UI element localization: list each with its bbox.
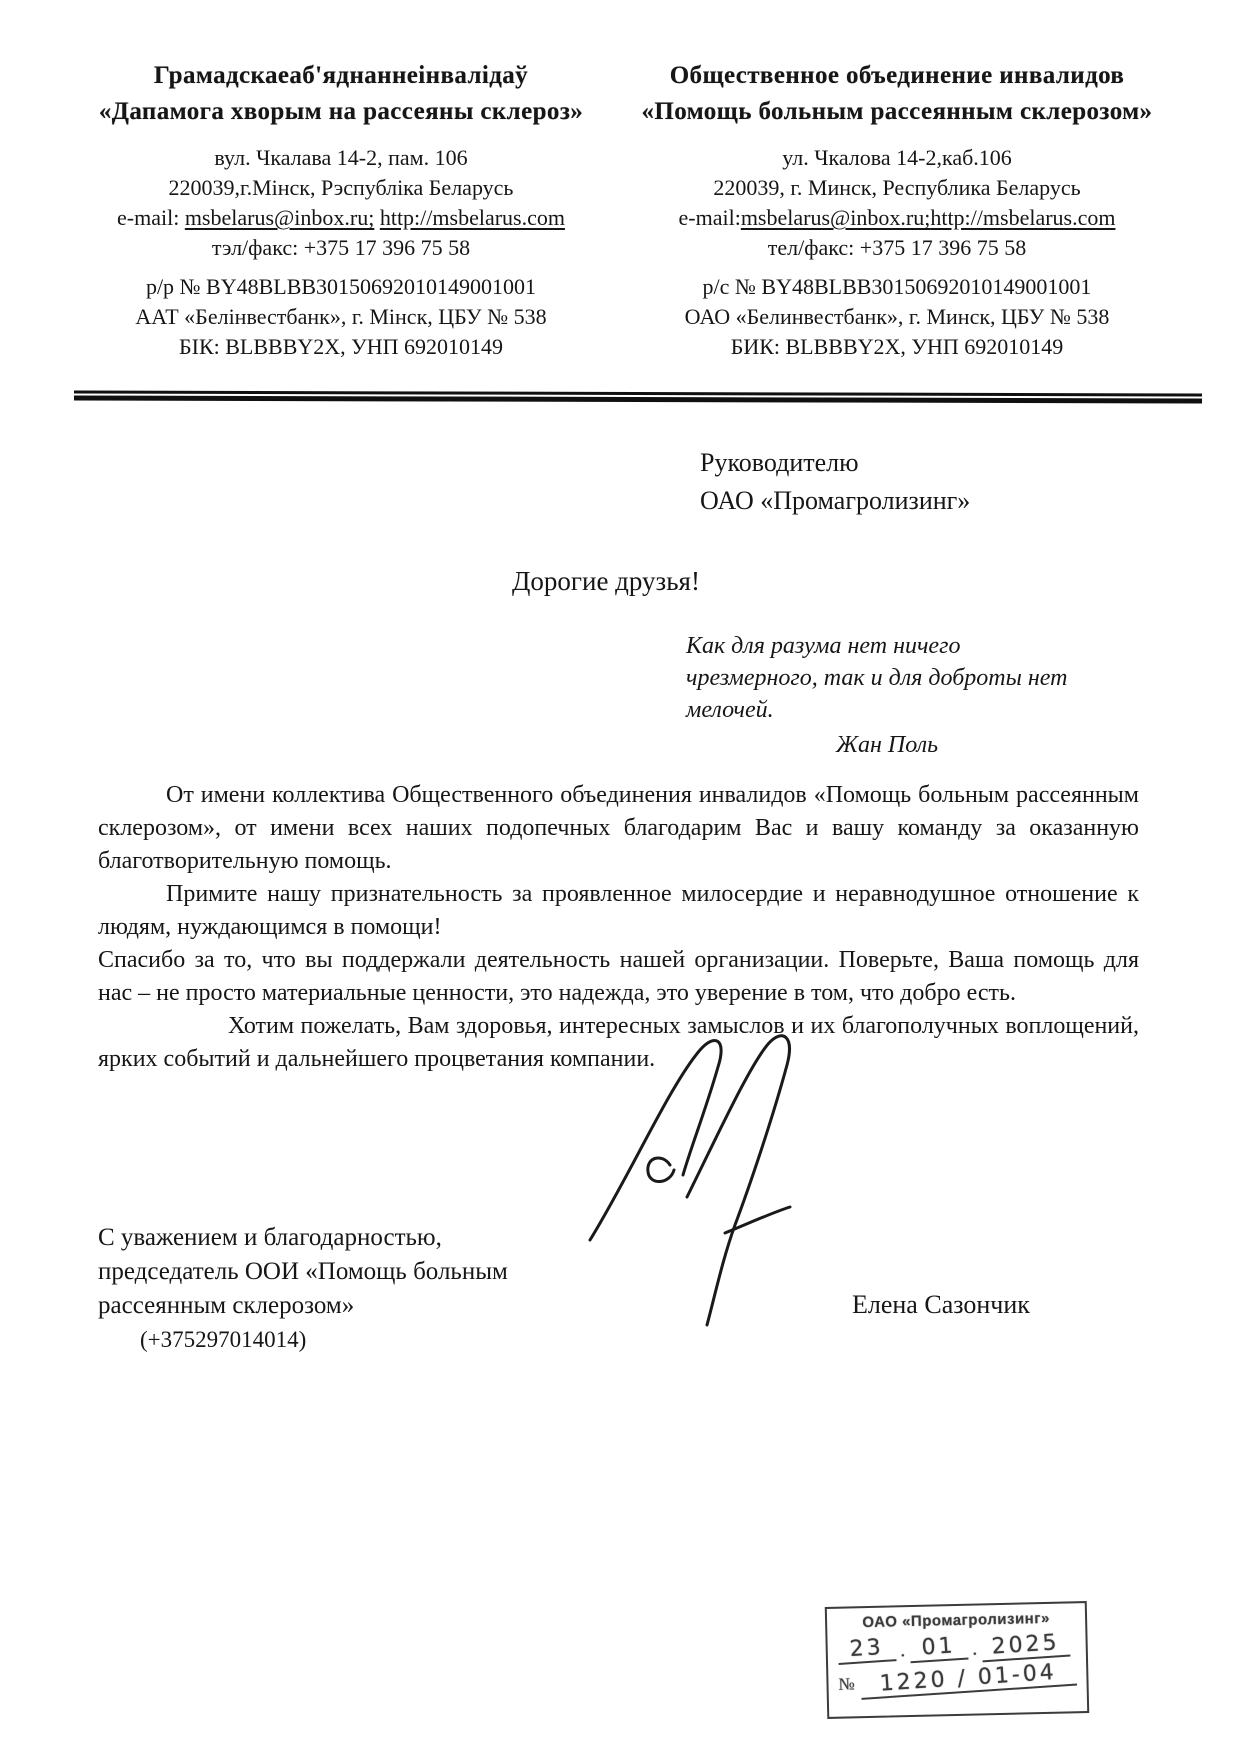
stamp-date-row: 23 . 01 . 2025 [837, 1632, 1076, 1663]
closing-line1: С уважением и благодарностью, [98, 1221, 508, 1255]
stamp-date-dot1: . [896, 1639, 911, 1662]
signature-flourish-icon [575, 1025, 865, 1345]
email-line-ru: e-mail:msbelarus@inbox.ru;http://msbelar… [618, 203, 1176, 233]
phone-ru: тел/факс: +375 17 396 75 58 [618, 233, 1176, 263]
website-url-ru: http://msbelarus.com [930, 205, 1115, 230]
address-by-line1: вул. Чкалава 14-2, пам. 106 [62, 143, 620, 173]
body-paragraph-1: От имени коллектива Общественного объеди… [98, 779, 1139, 878]
stamp-date-month: 01 [909, 1634, 969, 1664]
bank-name-ru: ОАО «Белинвестбанк», г. Минск, ЦБУ № 538 [618, 302, 1176, 332]
address-ru-line1: ул. Чкалова 14-2,каб.106 [618, 143, 1176, 173]
stamp-company-name: ОАО «Промагролизинг» [837, 1609, 1075, 1631]
salutation: Дорогие друзья! [512, 566, 700, 597]
email-line-by: e-mail: msbelarus@inbox.ru; http://msbel… [62, 203, 620, 233]
stamp-date-year: 2025 [981, 1631, 1071, 1663]
header-divider-rule [74, 392, 1202, 403]
email-address-by: msbelarus@inbox.ru; [185, 205, 375, 230]
bank-account-by: р/р № BY48BLBB30150692010149001001 [62, 272, 620, 302]
divider-thick-line [74, 396, 1202, 404]
epigraph-attribution: Жан Поль [836, 729, 1106, 761]
org-name-ru: Общественное объединение инвалидов «Помо… [618, 58, 1176, 130]
org-name-by: Грамадскаеаб'яднаннеінвалідаў «Дапамога … [62, 58, 620, 130]
letter-page: Грамадскаеаб'яднаннеінвалідаў «Дапамога … [0, 0, 1239, 1753]
addressee-company: ОАО «Промагролизинг» [700, 482, 970, 520]
header-left-column: Грамадскаеаб'яднаннеінвалідаў «Дапамога … [62, 58, 620, 362]
phone-by: тэл/факс: +375 17 396 75 58 [62, 233, 620, 263]
stamp-date-day: 23 [837, 1635, 897, 1665]
website-url-by: http://msbelarus.com [380, 205, 565, 230]
org-name-by-line1: Грамадскаеаб'яднаннеінвалідаў [62, 58, 620, 94]
org-name-ru-line2: «Помощь больным рассеянным склерозом» [618, 94, 1176, 130]
address-by-line2: 220039,г.Мінск, Рэспубліка Беларусь [62, 173, 620, 203]
addressee-block: Руководителю ОАО «Промагролизинг» [700, 444, 970, 520]
contact-block-by: вул. Чкалава 14-2, пам. 106 220039,г.Мін… [62, 143, 620, 263]
bank-block-ru: р/с № BY48BLBB30150692010149001001 ОАО «… [618, 272, 1176, 362]
bank-codes-by: БІК: BLBBBY2X, УНП 692010149 [62, 332, 620, 362]
body-paragraph-3: Спасибо за то, что вы поддержали деятель… [98, 944, 1139, 1010]
stamp-date-dot2: . [967, 1637, 982, 1660]
signer-name: Елена Сазончик [852, 1290, 1030, 1320]
address-ru-line2: 220039, г. Минск, Республика Беларусь [618, 173, 1176, 203]
body-paragraph-2: Примите нашу признательность за проявлен… [98, 878, 1139, 944]
closing-phone: (+375297014014) [140, 1323, 508, 1357]
header-right-column: Общественное объединение инвалидов «Помо… [618, 58, 1176, 362]
bank-block-by: р/р № BY48BLBB30150692010149001001 ААТ «… [62, 272, 620, 362]
epigraph-line2: чрезмерного, так и для доброты нет [686, 662, 1106, 694]
epigraph-line3: мелочей. [686, 694, 1106, 726]
closing-line2: председатель ООИ «Помощь больным [98, 1255, 508, 1289]
epigraph-quote: Как для разума нет ничего чрезмерного, т… [686, 630, 1106, 761]
org-name-ru-line1: Общественное объединение инвалидов [618, 58, 1176, 94]
addressee-title: Руководителю [700, 444, 970, 482]
bank-name-by: ААТ «Белінвестбанк», г. Мінск, ЦБУ № 538 [62, 302, 620, 332]
stamp-number-row: № 1220 / 01-04 [838, 1664, 1077, 1695]
closing-line3: рассеянным склерозом» [98, 1289, 508, 1323]
email-address-ru: msbelarus@inbox.ru; [741, 205, 931, 230]
bank-codes-ru: БИК: BLBBBY2X, УНП 692010149 [618, 332, 1176, 362]
contact-block-ru: ул. Чкалова 14-2,каб.106 220039, г. Минс… [618, 143, 1176, 263]
email-label-ru: e-mail: [679, 205, 741, 230]
handwritten-signature [575, 1025, 865, 1350]
epigraph-line1: Как для разума нет ничего [686, 630, 1106, 662]
stamp-number-value: 1220 / 01-04 [860, 1660, 1077, 1700]
stamp-number-label: № [838, 1673, 855, 1695]
closing-block: С уважением и благодарностью, председате… [98, 1221, 508, 1357]
bank-account-ru: р/с № BY48BLBB30150692010149001001 [618, 272, 1176, 302]
incoming-stamp: ОАО «Промагролизинг» 23 . 01 . 2025 № 12… [825, 1601, 1089, 1719]
email-label-by: e-mail: [117, 205, 185, 230]
org-name-by-line2: «Дапамога хворым на рассеяны склероз» [62, 94, 620, 130]
